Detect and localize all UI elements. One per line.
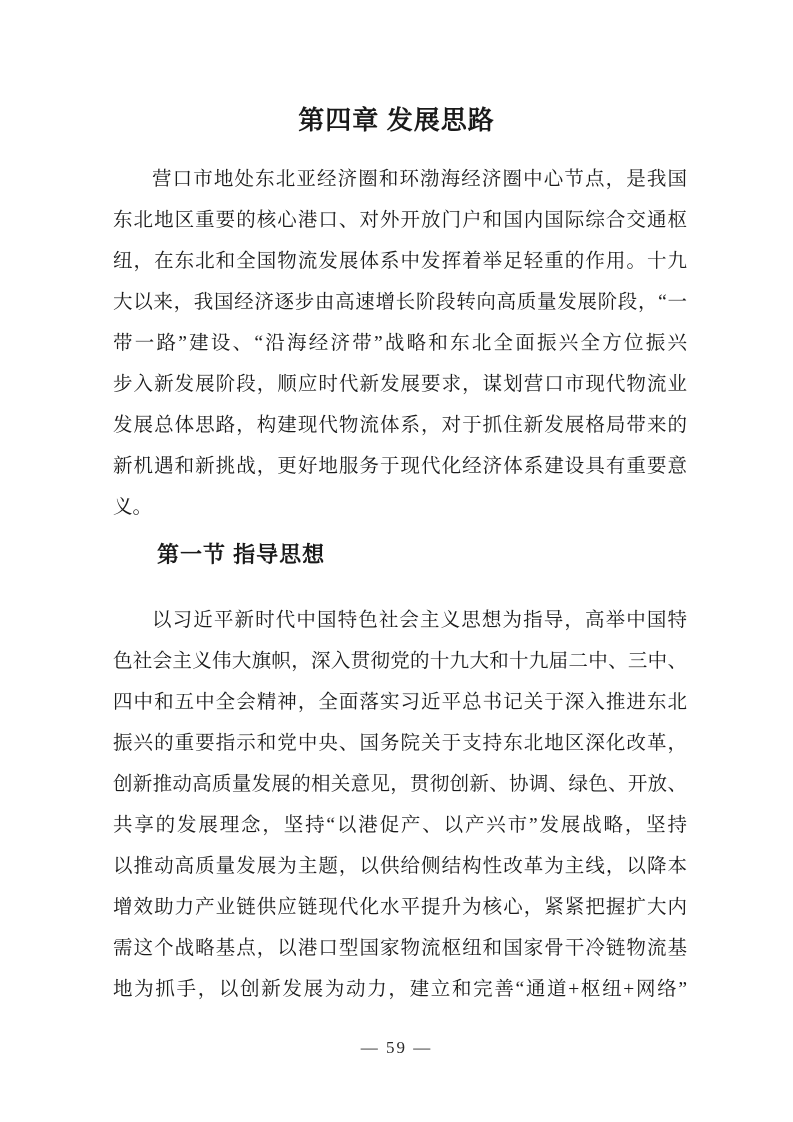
paragraph-2-line: 色社会主义伟大旗帜，深入贯彻党的十九大和十九届二中、三中、 [113,641,687,682]
paragraph-1-line: 营口市地处东北亚经济圈和环渤海经济圈中心节点，是我国 [113,159,687,200]
chapter-title: 第四章 发展思路 [0,0,793,139]
paragraph-2-line: 创新推动高质量发展的相关意见，贯彻创新、协调、绿色、开放、 [113,764,687,805]
paragraph-1-line: 义。 [113,487,687,528]
paragraph-2-line: 共享的发展理念，坚持“以港促产、以产兴市”发展战略，坚持 [113,805,687,846]
paragraph-2-line: 地为抓手，以创新发展为动力，建立和完善“通道+枢纽+网络” [113,969,687,1010]
paragraph-1-line: 新机遇和新挑战，更好地服务于现代化经济体系建设具有重要意 [113,446,687,487]
paragraph-1-line: 纽，在东北和全国物流发展体系中发挥着举足轻重的作用。十九 [113,241,687,282]
body-text: 营口市地处东北亚经济圈和环渤海经济圈中心节点，是我国 东北地区重要的核心港口、对… [113,159,687,1010]
page-number: — 59 — [0,1038,793,1058]
paragraph-2-line: 以习近平新时代中国特色社会主义思想为指导，高举中国特 [113,600,687,641]
paragraph-2-line: 四中和五中全会精神，全面落实习近平总书记关于深入推进东北 [113,682,687,723]
paragraph-2-line: 振兴的重要指示和党中央、国务院关于支持东北地区深化改革， [113,723,687,764]
paragraph-1-line: 步入新发展阶段，顺应时代新发展要求，谋划营口市现代物流业 [113,364,687,405]
section-heading: 第一节 指导思想 [113,540,687,570]
paragraph-1-line: 大以来，我国经济逐步由高速增长阶段转向高质量发展阶段，“一 [113,282,687,323]
paragraph-2-line: 增效助力产业链供应链现代化水平提升为核心，紧紧把握扩大内 [113,887,687,928]
paragraph-1-line: 东北地区重要的核心港口、对外开放门户和国内国际综合交通枢 [113,200,687,241]
paragraph-2-line: 需这个战略基点，以港口型国家物流枢纽和国家骨干冷链物流基 [113,928,687,969]
paragraph-1-line: 带一路”建设、“沿海经济带”战略和东北全面振兴全方位振兴 [113,323,687,364]
document-page: 第四章 发展思路 营口市地处东北亚经济圈和环渤海经济圈中心节点，是我国 东北地区… [0,0,793,1122]
paragraph-2-line: 以推动高质量发展为主题，以供给侧结构性改革为主线，以降本 [113,846,687,887]
paragraph-1-line: 发展总体思路，构建现代物流体系，对于抓住新发展格局带来的 [113,405,687,446]
